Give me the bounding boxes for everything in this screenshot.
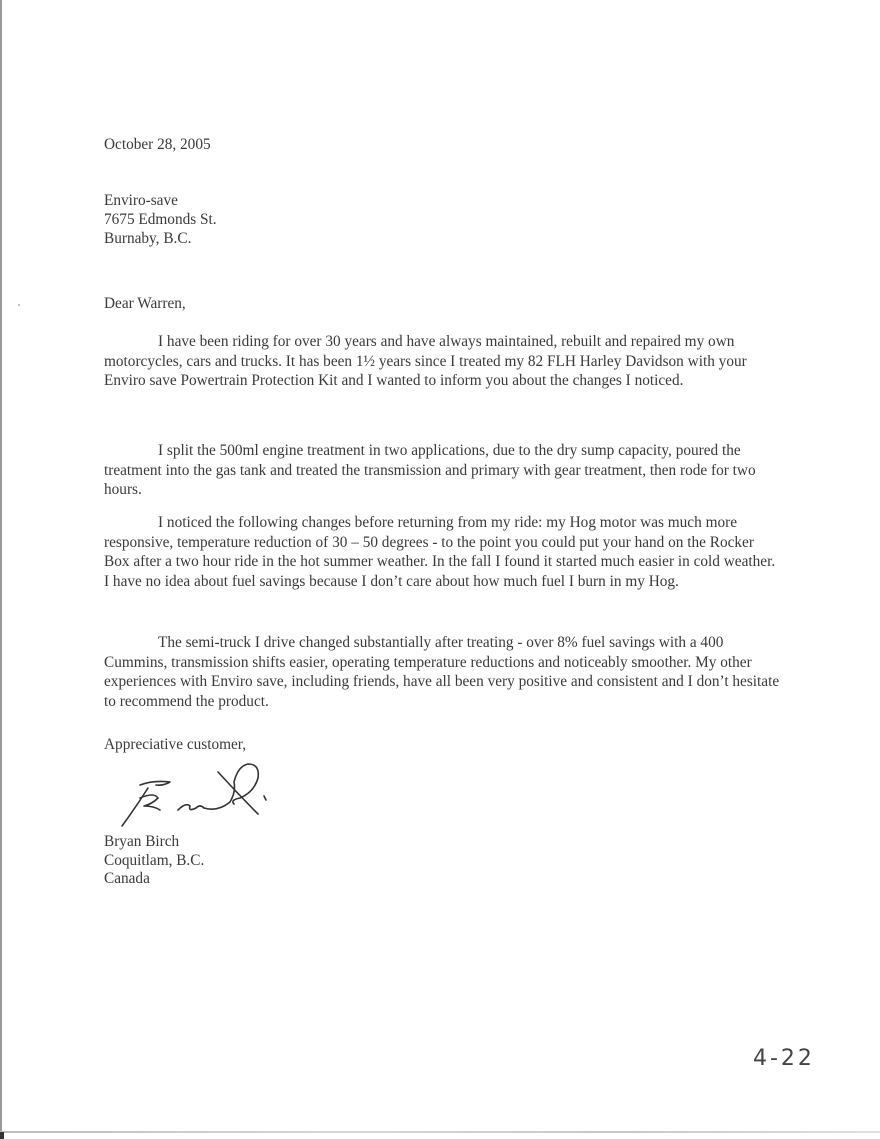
body-paragraph: I have been riding for over 30 years and… [104,332,780,391]
page-number: 4-22 [753,1046,815,1071]
scan-bottom-edge [0,1131,880,1133]
body-paragraph: I split the 500ml engine treatment in tw… [104,441,780,500]
signer-block: Bryan Birch Coquitlam, B.C. Canada [104,833,204,889]
scan-speck [18,304,20,306]
body-paragraph: The semi-truck I drive changed substanti… [104,633,780,712]
letter-date: October 28, 2005 [104,135,211,155]
signer-country: Canada [104,870,204,889]
signer-city: Coquitlam, B.C. [104,852,204,871]
recipient-name: Enviro-save [104,191,217,210]
scan-corner-mark [0,1132,4,1139]
salutation: Dear Warren, [104,294,186,314]
recipient-street: 7675 Edmonds St. [104,210,217,229]
signer-name: Bryan Birch [104,833,204,852]
signature-icon [108,752,278,832]
recipient-city: Burnaby, B.C. [104,229,217,248]
scan-left-edge [0,0,2,1132]
body-paragraph: I noticed the following changes before r… [104,513,780,592]
recipient-address: Enviro-save 7675 Edmonds St. Burnaby, B.… [104,191,217,248]
